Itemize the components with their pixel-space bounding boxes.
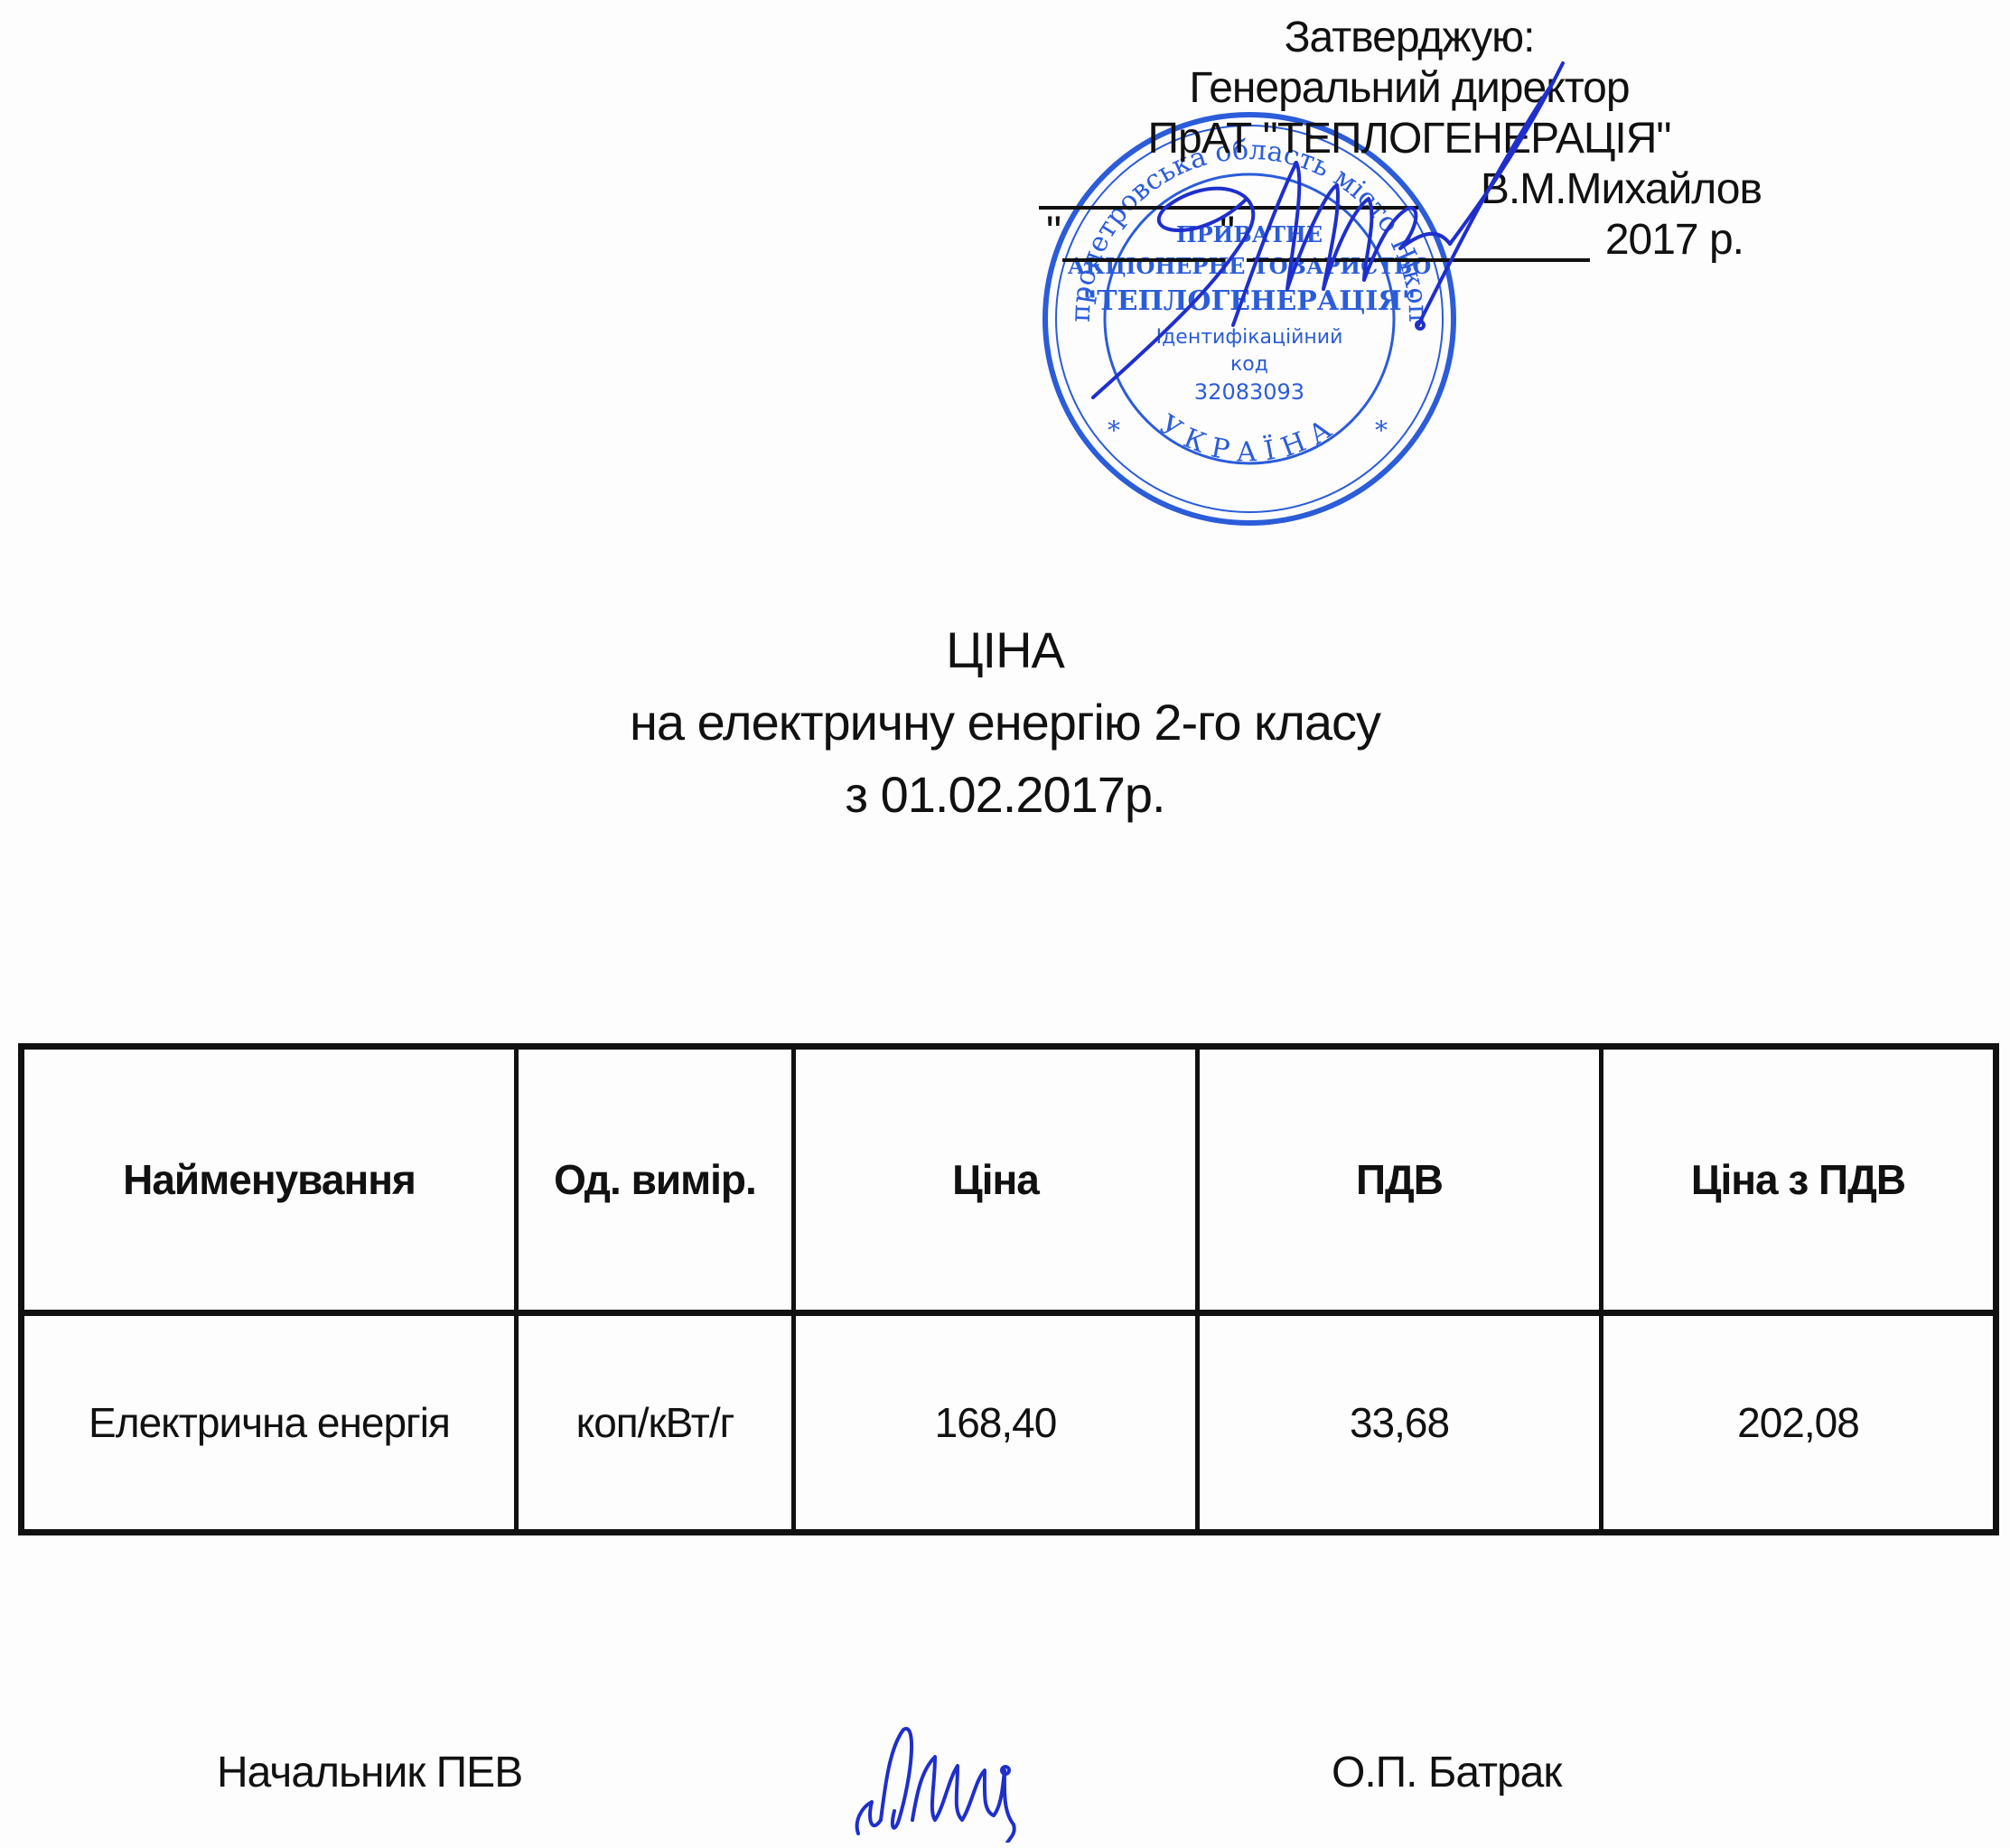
footer-position: Начальник ПЕВ [217, 1748, 522, 1797]
cell-price-with-vat: 202,08 [1602, 1313, 1996, 1533]
header-unit: Од. вимір. [517, 1047, 794, 1313]
title-effective-date: з 01.02.2017р. [0, 759, 2010, 831]
title-main: ЦІНА [0, 614, 2010, 686]
approval-date-year: 2017 р. [1605, 216, 1744, 264]
document-title: ЦІНА на електричну енергію 2-го класу з … [0, 614, 2010, 831]
header-vat: ПДВ [1198, 1047, 1602, 1313]
cell-unit: коп/кВт/г [517, 1313, 794, 1533]
date-open-quote: " [1046, 208, 1061, 258]
title-subject: на електричну енергію 2-го класу [0, 686, 2010, 759]
price-table: Найменування Од. вимір. Ціна ПДВ Ціна з … [18, 1043, 1999, 1535]
director-signature [1066, 54, 1572, 434]
table-row: Електрична енергія коп/кВт/г 168,40 33,6… [22, 1313, 1996, 1533]
table-header-row: Найменування Од. вимір. Ціна ПДВ Ціна з … [22, 1047, 1996, 1313]
header-name: Найменування [22, 1047, 517, 1313]
header-price-with-vat: Ціна з ПДВ [1602, 1047, 1996, 1313]
cell-price: 168,40 [794, 1313, 1198, 1533]
cell-name: Електрична енергія [22, 1313, 517, 1533]
footer-name: О.П. Батрак [1332, 1748, 1561, 1797]
head-signature [849, 1721, 1084, 1843]
cell-vat: 33,68 [1198, 1313, 1602, 1533]
header-price: Ціна [794, 1047, 1198, 1313]
